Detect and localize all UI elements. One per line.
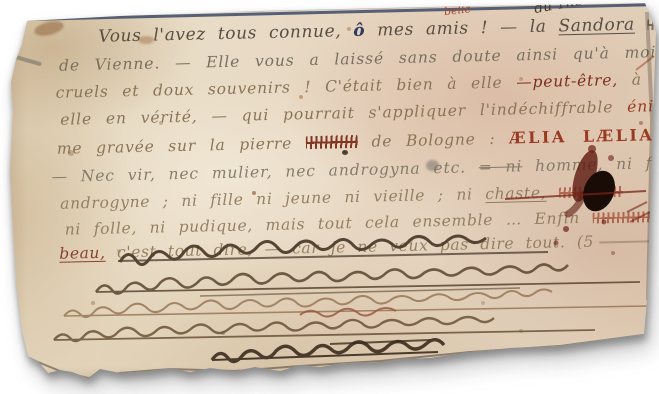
crossed-out-line-3 (64, 290, 648, 318)
ink-marks-overlay (0, 0, 659, 394)
paper-specks (0, 0, 2, 2)
photo-canvas: Vous l'avez tous connue, ô mes amis ! — … (0, 0, 659, 394)
manuscript-photo: Vous l'avez tous connue, ô mes amis ! — … (0, 0, 659, 394)
manuscript-paper: Vous l'avez tous connue, ô mes amis ! — … (0, 0, 659, 394)
torn-edge-fibers (38, 335, 643, 378)
crossed-out-line-1 (118, 236, 548, 265)
crossed-out-line-4 (54, 317, 595, 344)
right-edge-shade (647, 12, 652, 300)
crossed-out-line-2 (96, 265, 640, 297)
